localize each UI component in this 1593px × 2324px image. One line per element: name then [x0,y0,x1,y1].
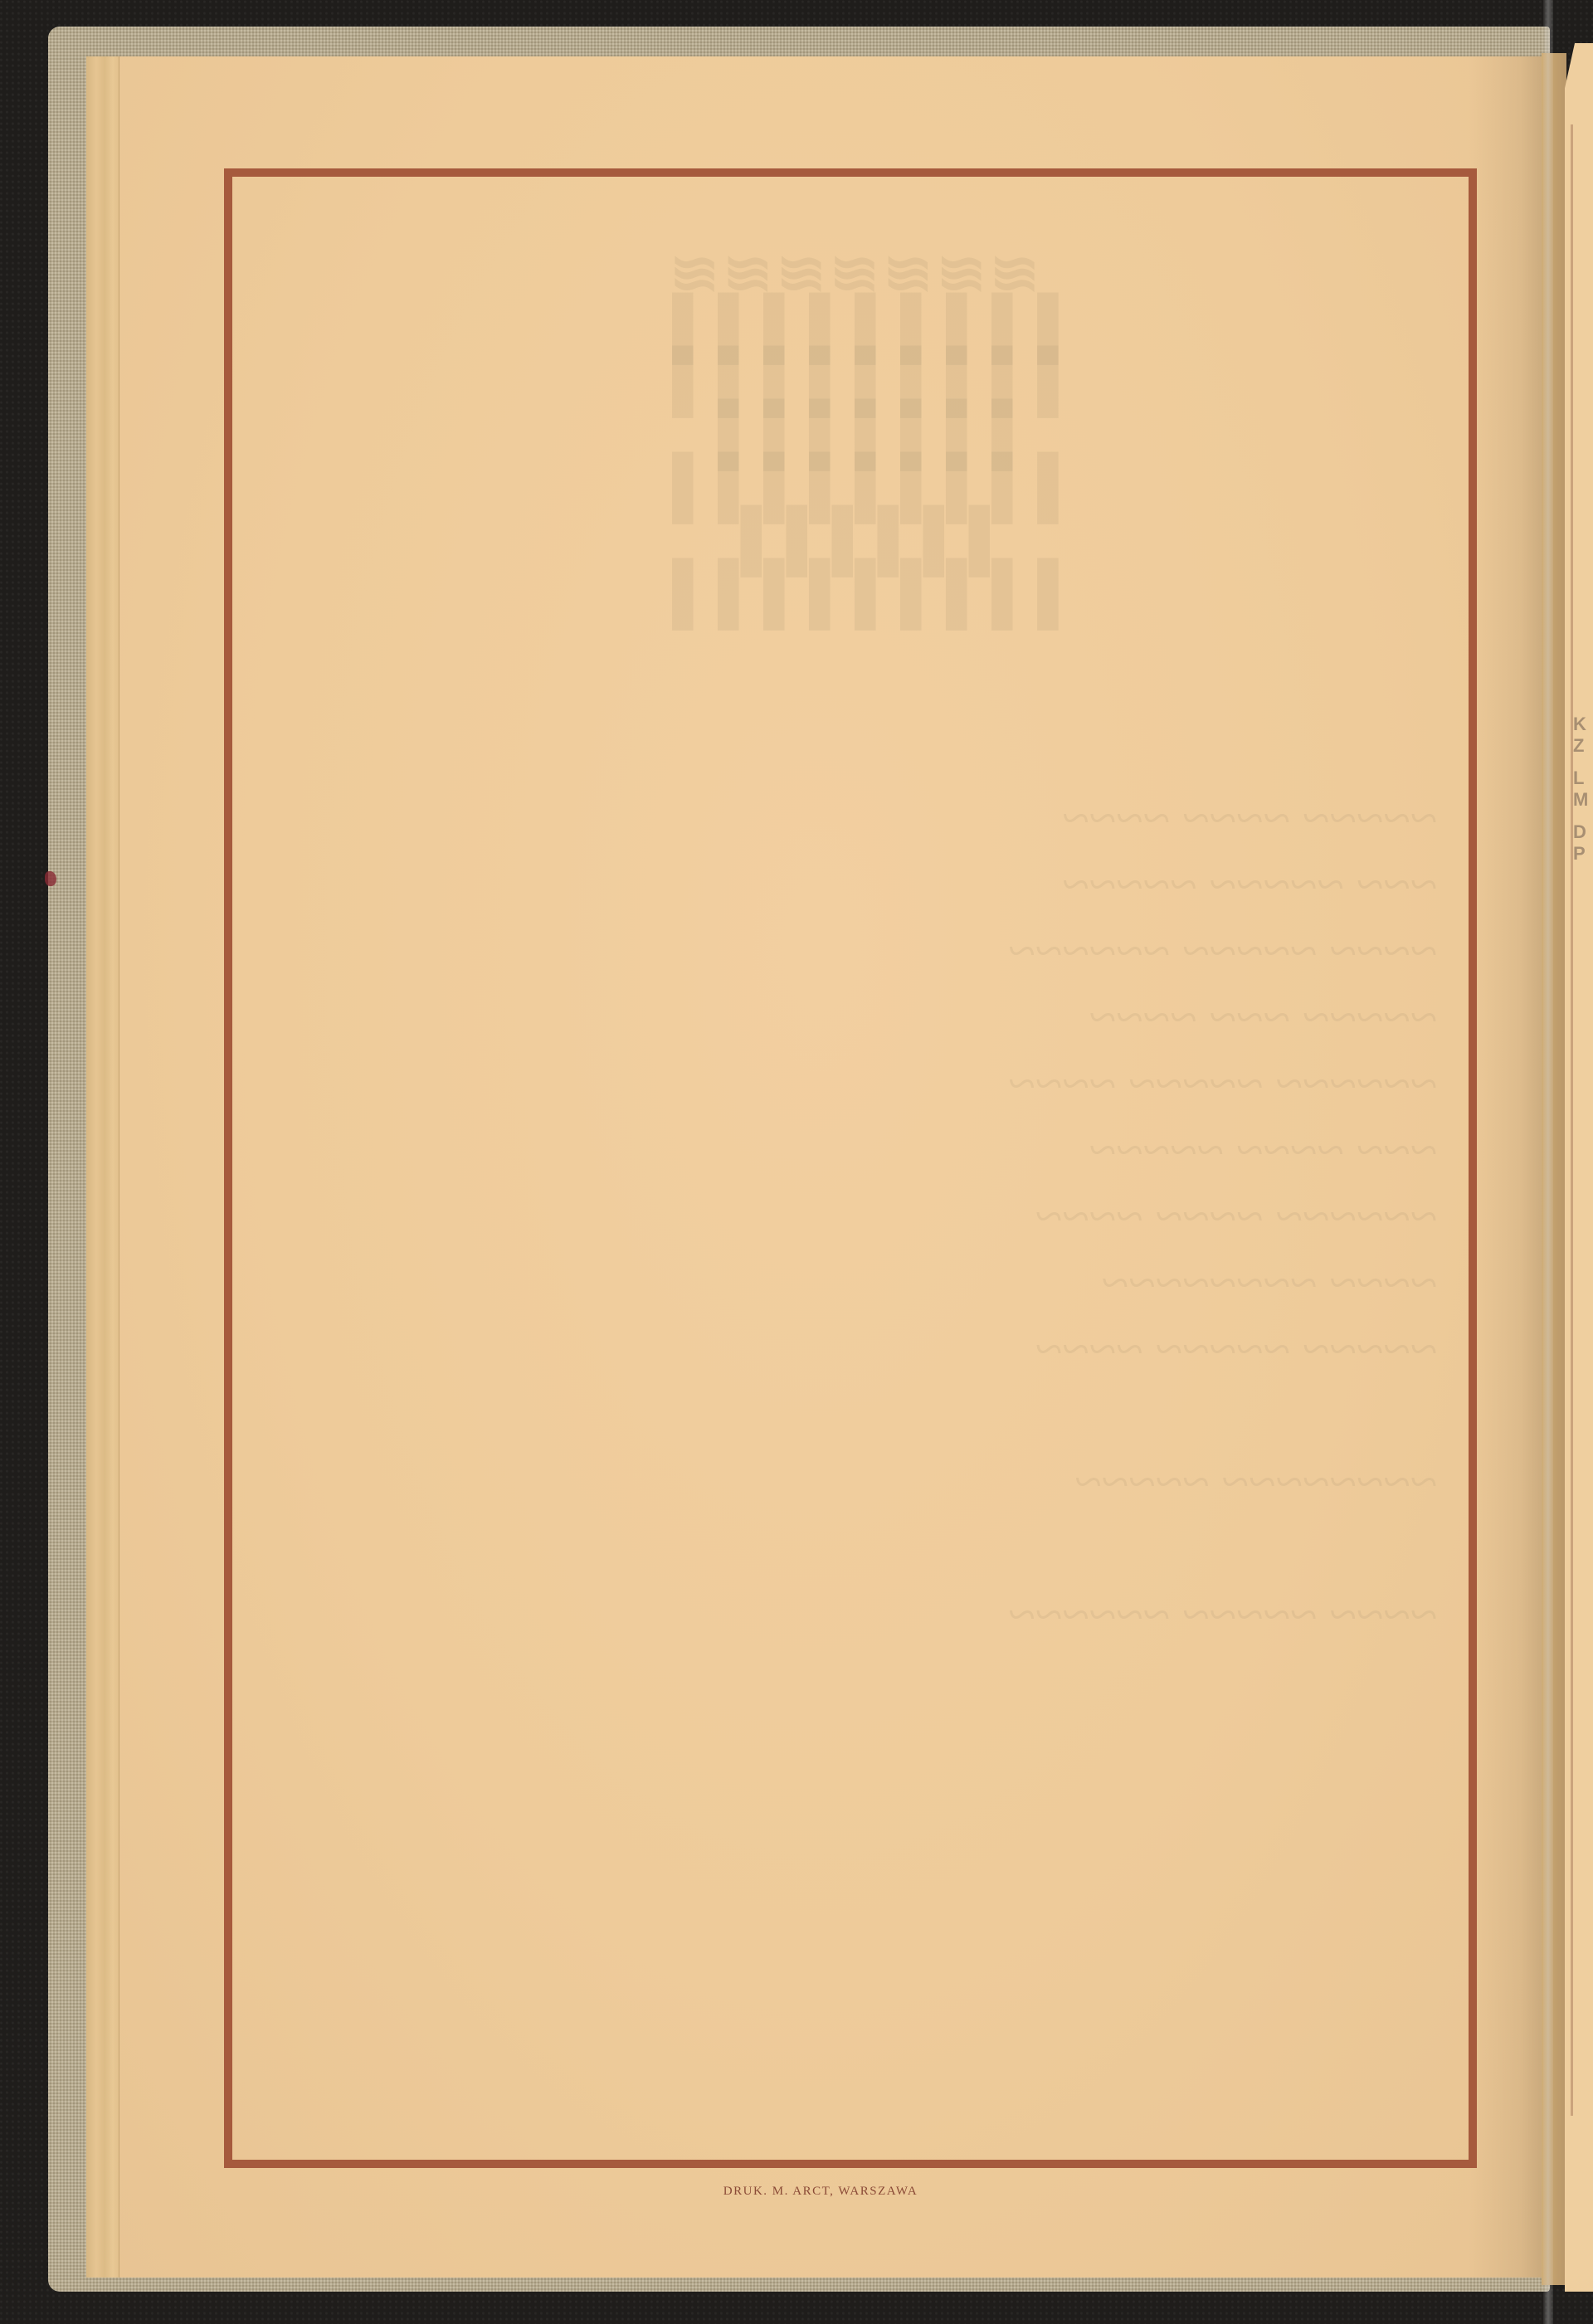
printed-border-frame [224,168,1477,2168]
book-page: ≋≋≋≋≋≋≋▌▌▌▌▌▌▌▌▌▌▌▌▌▌▌▌▌▌▌▌▌▌▌▌▌▌▌▌▌▌▌▌▌… [98,56,1543,2278]
adjacent-fragment: M [1573,789,1593,811]
adjacent-page-frame [1571,124,1593,2116]
adjacent-fragment: Z [1573,735,1593,757]
adjacent-fragment: P [1573,843,1593,865]
page-edge-stack [86,56,119,2278]
printer-imprint: DRUK. M. ARCT, WARSZAWA [98,2185,1543,2199]
adjacent-fragment: L [1573,767,1593,789]
gutter-shadow [1469,56,1543,2278]
adjacent-fragment: K [1573,714,1593,735]
red-stain-mark [45,871,56,886]
adjacent-fragment: D [1573,821,1593,843]
glass-plate-edge [1543,0,1553,2324]
